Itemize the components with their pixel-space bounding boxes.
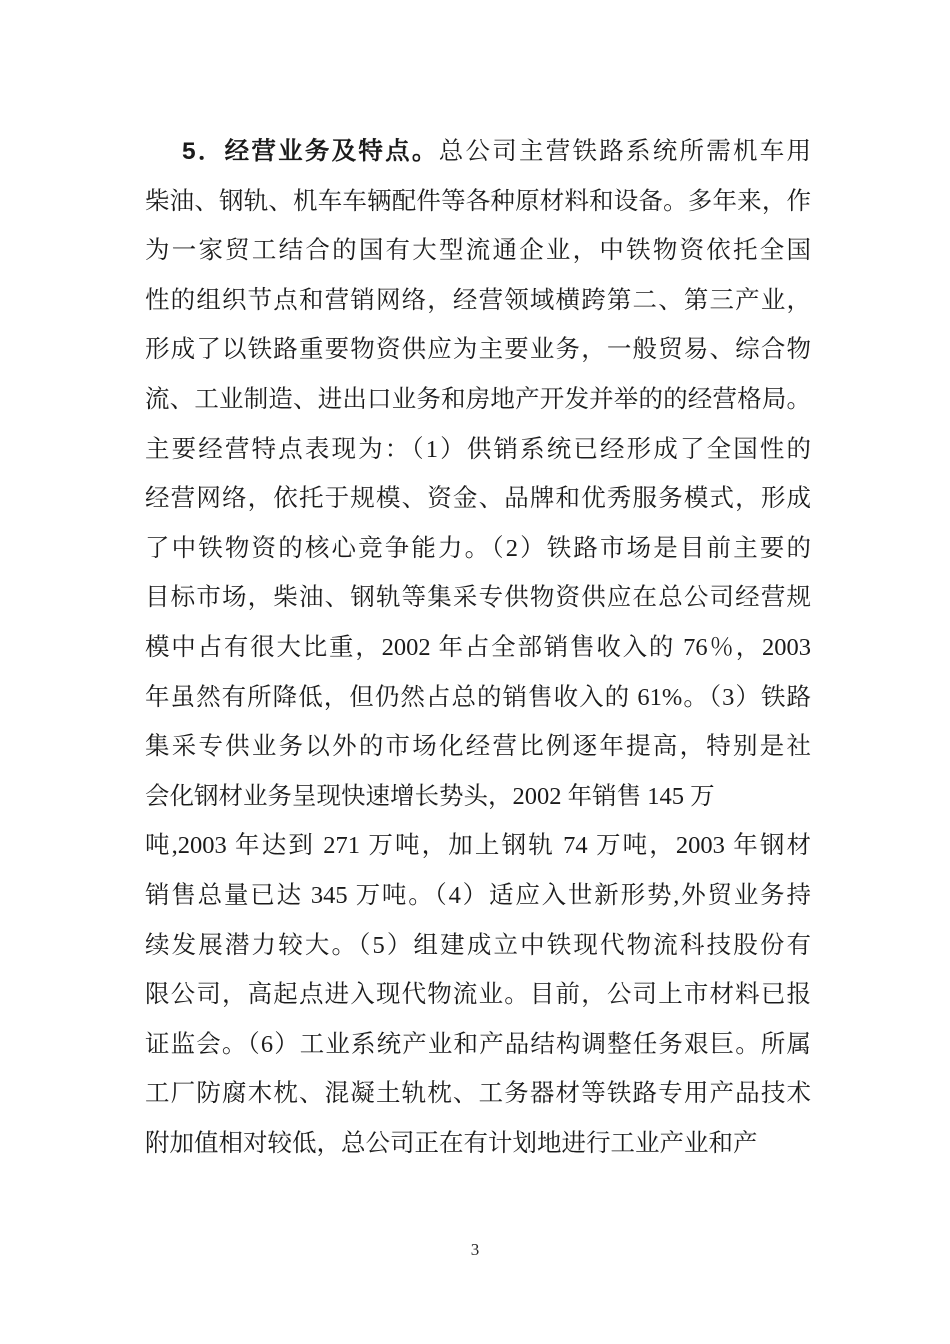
paragraph-line: 了中铁物资的核心竞争能力。（2）铁路市场是目前主要的 bbox=[145, 524, 811, 574]
paragraph-line: 工厂防腐木枕、混凝土轨枕、工务器材等铁路专用产品技术 bbox=[145, 1069, 811, 1119]
paragraph-line: 集采专供业务以外的市场化经营比例逐年提高，特别是社 bbox=[145, 722, 811, 772]
paragraph-line: 主要经营特点表现为：（1）供销系统已经形成了全国性的 bbox=[145, 425, 811, 475]
section-heading: 5．经营业务及特点。 bbox=[182, 138, 439, 165]
paragraph-line: 模中占有很大比重，2002 年占全部销售收入的 76％，2003 bbox=[145, 623, 811, 673]
paragraph-line: 目标市场，柴油、钢轨等集采专供物资供应在总公司经营规 bbox=[145, 573, 811, 623]
paragraph-line: 为一家贸工结合的国有大型流通企业，中铁物资依托全国 bbox=[145, 226, 811, 276]
paragraph-line: 会化钢材业务呈现快速增长势头，2002 年销售 145 万 bbox=[145, 772, 811, 822]
paragraph-line: 经营网络，依托于规模、资金、品牌和优秀服务模式，形成 bbox=[145, 474, 811, 524]
paragraph-line: 限公司，高起点进入现代物流业。目前，公司上市材料已报 bbox=[145, 970, 811, 1020]
paragraph-line: 证监会。（6）工业系统产业和产品结构调整任务艰巨。所属 bbox=[145, 1020, 811, 1070]
paragraph-line: 柴油、钢轨、机车车辆配件等各种原材料和设备。多年来，作 bbox=[145, 177, 811, 227]
paragraph-line: 性的组织节点和营销网络，经营领域横跨第二、第三产业， bbox=[145, 276, 811, 326]
document-page: 5．经营业务及特点。总公司主营铁路系统所需机车用 柴油、钢轨、机车车辆配件等各种… bbox=[0, 0, 950, 1344]
paragraph-line: 5．经营业务及特点。总公司主营铁路系统所需机车用 bbox=[145, 127, 811, 177]
paragraph-line: 续发展潜力较大。（5）组建成立中铁现代物流科技股份有 bbox=[145, 921, 811, 971]
paragraph-text: 总公司主营铁路系统所需机车用 bbox=[439, 138, 811, 165]
paragraph-line: 形成了以铁路重要物资供应为主要业务，一般贸易、综合物 bbox=[145, 325, 811, 375]
paragraph-line: 附加值相对较低，总公司正在有计划地进行工业产业和产 bbox=[145, 1119, 811, 1169]
paragraph-line: 销售总量已达 345 万吨。（4）适应入世新形势,外贸业务持 bbox=[145, 871, 811, 921]
page-number: 3 bbox=[0, 1240, 950, 1260]
paragraph-line: 流、工业制造、进出口业务和房地产开发并举的的经营格局。 bbox=[145, 375, 811, 425]
paragraph-line: 吨,2003 年达到 271 万吨，加上钢轨 74 万吨，2003 年钢材 bbox=[145, 821, 811, 871]
paragraph-business-features: 5．经营业务及特点。总公司主营铁路系统所需机车用 柴油、钢轨、机车车辆配件等各种… bbox=[145, 127, 811, 1168]
paragraph-line: 年虽然有所降低，但仍然占总的销售收入的 61%。（3）铁路 bbox=[145, 673, 811, 723]
